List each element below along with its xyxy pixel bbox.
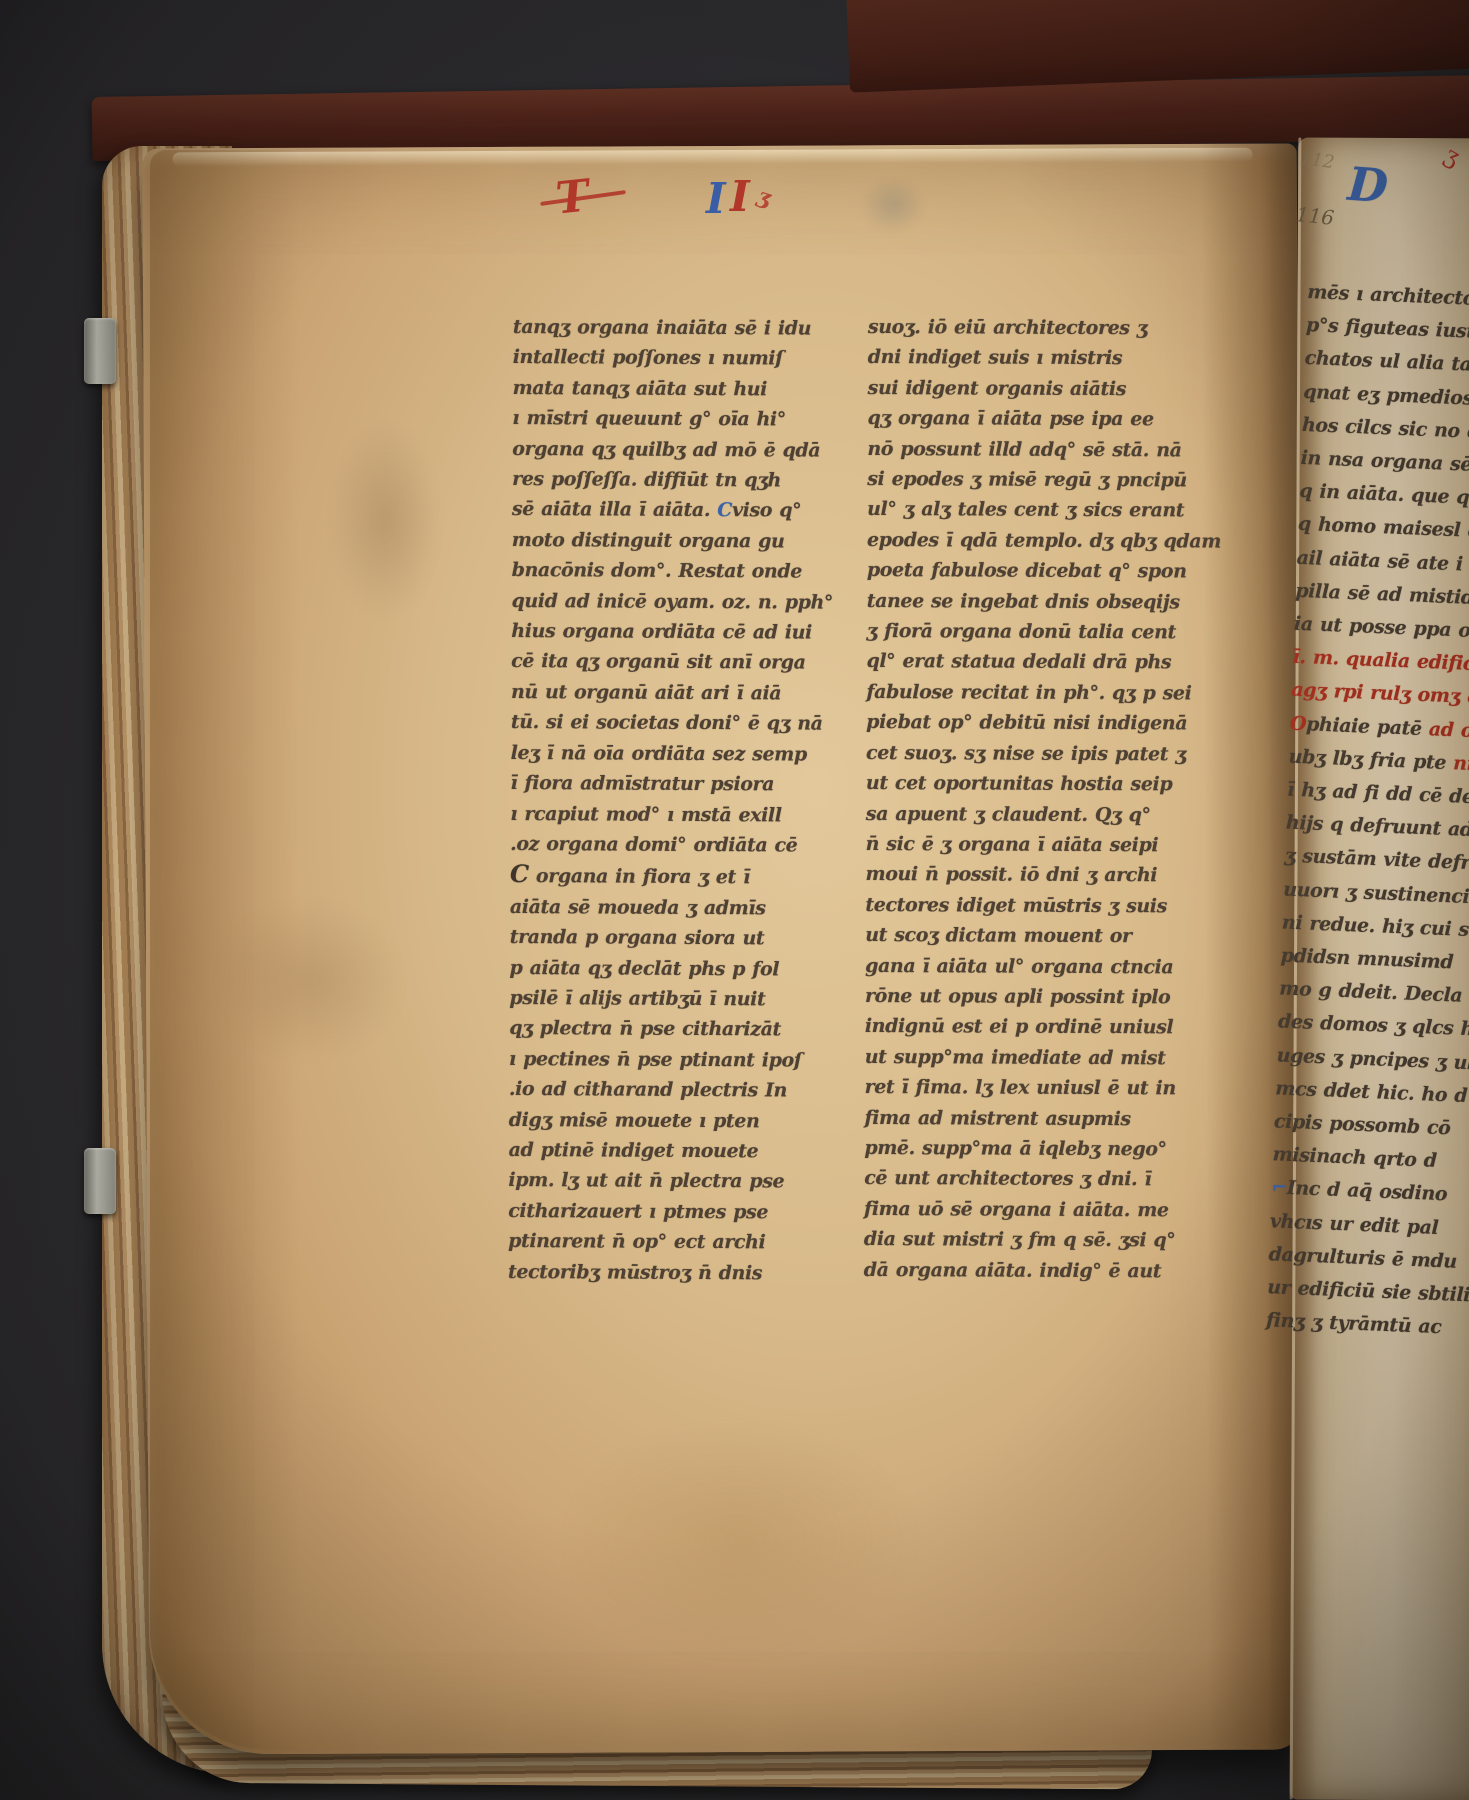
folio-number: 116	[1295, 202, 1335, 230]
manuscript-line: epodes ī qdā templo. dʒ qbʒ qdam	[867, 525, 1221, 557]
manuscript-line: organa qʒ quilbʒ ad mō ē qdā	[512, 434, 834, 466]
manuscript-line: .io ad citharand plectris In	[509, 1074, 831, 1106]
rubric-text: O	[1290, 712, 1307, 735]
manuscript-line: hius organa ordiāta cē ad iui	[511, 616, 833, 648]
manuscript-line: p aiāta qʒ declāt phs p fol	[509, 953, 831, 985]
manuscript-line: nū ut organū aiāt ari ī aiā	[511, 677, 833, 709]
manuscript-line: nō possunt illd adq° sē stā. nā	[867, 434, 1221, 466]
ink-text: organa in fiora ʒ et ī	[529, 865, 750, 888]
manuscript-line: digʒ misē mouete ı pten	[509, 1105, 831, 1137]
manuscript-line: sē aiāta illa ī aiāta. Cviso q°	[512, 494, 834, 526]
manuscript-line: ptinarent n̄ op° ect archi	[508, 1226, 830, 1258]
text-column-left: tanqʒ organa inaiāta sē i iduintallecti …	[508, 312, 835, 1289]
manuscript-line: rōne ut opus apli possint iplo	[865, 981, 1219, 1013]
manuscript-line: ret ī fima. lʒ lex uniusl ē ut in	[865, 1072, 1219, 1104]
manuscript-line: tū. si ei societas doni° ē qʒ nā	[511, 707, 833, 739]
manuscript-line: ul° ʒ alʒ tales cent ʒ sics erant	[867, 494, 1221, 526]
running-header-red-numeral: I	[730, 172, 750, 221]
metal-clasp-lower	[84, 1148, 116, 1214]
ink-text: C	[510, 859, 529, 888]
manuscript-line: ı pectines n̄ pse ptinant ipoſ	[509, 1044, 831, 1076]
manuscript-line: ı rcapiut mod° ı mstā exill	[510, 798, 832, 830]
manuscript-line: cē ita qʒ organū sit anī orga	[511, 646, 833, 678]
manuscript-line: ad ptinē indiget mouete	[509, 1135, 831, 1167]
text-column-right: suoʒ. iō eiū architectores ʒdni indiget …	[864, 312, 1222, 1287]
manuscript-line: bnacōnis dom°. Restat onde	[512, 555, 834, 587]
manuscript-line: poeta fabulose dicebat q° spon	[867, 555, 1221, 587]
manuscript-line: dā organa aiāta. indig° ē aut	[864, 1255, 1218, 1287]
ink-text: viso q°	[732, 500, 801, 522]
metal-clasp-upper	[84, 318, 116, 384]
ink-text: sē aiāta illa ī aiāta.	[512, 498, 717, 521]
manuscript-line: fabulose recitat in ph°. qʒ p sei	[866, 677, 1220, 709]
ink-text: phiaie patē	[1306, 713, 1430, 740]
manuscript-line: ī fiora admīstratur psiora	[510, 768, 832, 800]
manuscript-line: fima ad mistrent asupmis	[864, 1103, 1218, 1135]
manuscript-line: n̄ sic ē ʒ organa ī aiāta seipi	[866, 829, 1220, 861]
manuscript-line: tanqʒ organa inaiāta sē i idu	[513, 312, 835, 344]
ink-text: ubʒ lbʒ fria pte	[1288, 745, 1453, 774]
manuscript-photo: T I I ʒ tanqʒ organa inaiāta sē i iduint…	[0, 0, 1469, 1800]
manuscript-line: ut cet oportunitas hostia seip	[866, 768, 1220, 800]
manuscript-line: qʒ organa ī aiāta pse ipa ee	[867, 403, 1221, 435]
manuscript-line: piebat op° debitū nisi indigenā	[866, 707, 1220, 739]
manuscript-line: ipm. lʒ ut ait n̄ plectra pse	[508, 1165, 830, 1197]
manuscript-line: tectores idiget mūstris ʒ suis	[865, 890, 1219, 922]
manuscript-line: leʒ ī nā oīa ordiāta sez semp	[511, 738, 833, 770]
manuscript-line: tranda p organa siora ut	[510, 922, 832, 954]
manuscript-line: aiāta sē moueda ʒ admīs	[510, 892, 832, 924]
running-header-blue-numeral: I	[706, 174, 726, 223]
manuscript-line: intallecti poſſones ı numiſ	[513, 342, 835, 374]
manuscript-line: res poſſeſſa. diffiūt tn qʒh	[512, 464, 834, 496]
manuscript-line: sa apuent ʒ claudent. Qʒ q°	[866, 798, 1220, 830]
rubric-text: nrem	[1453, 752, 1469, 776]
manuscript-line: quid ad inicē oyam. oz. n. pph°	[511, 586, 833, 618]
blue-paraph: C	[717, 500, 732, 522]
manuscript-line: sui idigent organis aiātis	[868, 373, 1222, 405]
manuscript-line: ut scoʒ dictam mouent or	[865, 920, 1219, 952]
manuscript-line: psilē ī alijs artibʒū ī nuit	[509, 983, 831, 1015]
page-edge-highlight	[173, 148, 1253, 167]
manuscript-line: cet suoʒ. sʒ nise se ipis patet ʒ	[866, 738, 1220, 770]
rubric-text: ad op	[1428, 718, 1469, 742]
manuscript-line: ut supp°ma imediate ad mist	[865, 1042, 1219, 1074]
manuscript-line: qʒ plectra n̄ pse citharizāt	[509, 1013, 831, 1045]
blue-paraph: ⌐	[1271, 1177, 1287, 1200]
manuscript-line: cē unt architectores ʒ dni. ī	[864, 1163, 1218, 1195]
manuscript-line: moui n̄ possit. iō dni ʒ archi	[865, 859, 1219, 891]
manuscript-line: ı mīstri queuunt g° oīa hi°	[512, 403, 834, 435]
manuscript-line: C organa in fiora ʒ et ī	[510, 859, 832, 893]
manuscript-line: si epodes ʒ misē regū ʒ pncipū	[867, 464, 1221, 496]
manuscript-line: citharizauert ı ptmes pse	[508, 1196, 830, 1228]
manuscript-line: gana ī aiāta ul° organa ctncia	[865, 951, 1219, 983]
manuscript-line: suoʒ. iō eiū architectores ʒ	[868, 312, 1222, 344]
manuscript-line: mata tanqʒ aiāta sut hui	[513, 373, 835, 405]
manuscript-line: indignū est ei p ordinē uniusl	[865, 1011, 1219, 1043]
manuscript-line: dia sut mistri ʒ fm q sē. ʒsi q°	[864, 1224, 1218, 1256]
manuscript-line: tanee se ingebat dnis obseqijs	[867, 586, 1221, 618]
manuscript-line: moto distinguit organa gu	[512, 525, 834, 557]
blue-initial-d: D	[1346, 157, 1390, 214]
manuscript-line: ʒ fiorā organa donū talia cent	[867, 616, 1221, 648]
manuscript-line: .oz organa domi° ordiāta cē	[510, 829, 832, 861]
manuscript-line: fima uō sē organa i aiāta. me	[864, 1194, 1218, 1226]
manuscript-line: ql° erat statua dedali drā phs	[866, 646, 1220, 678]
manuscript-line: dni indiget suis ı mistris	[868, 342, 1222, 374]
ink-text: Inc d aq̄ osdino	[1286, 1177, 1447, 1205]
manuscript-line: tectoribʒ mūstroʒ n̄ dnis	[508, 1257, 830, 1289]
manuscript-line: pmē. supp°ma ā iqlebʒ nego°	[864, 1133, 1218, 1165]
